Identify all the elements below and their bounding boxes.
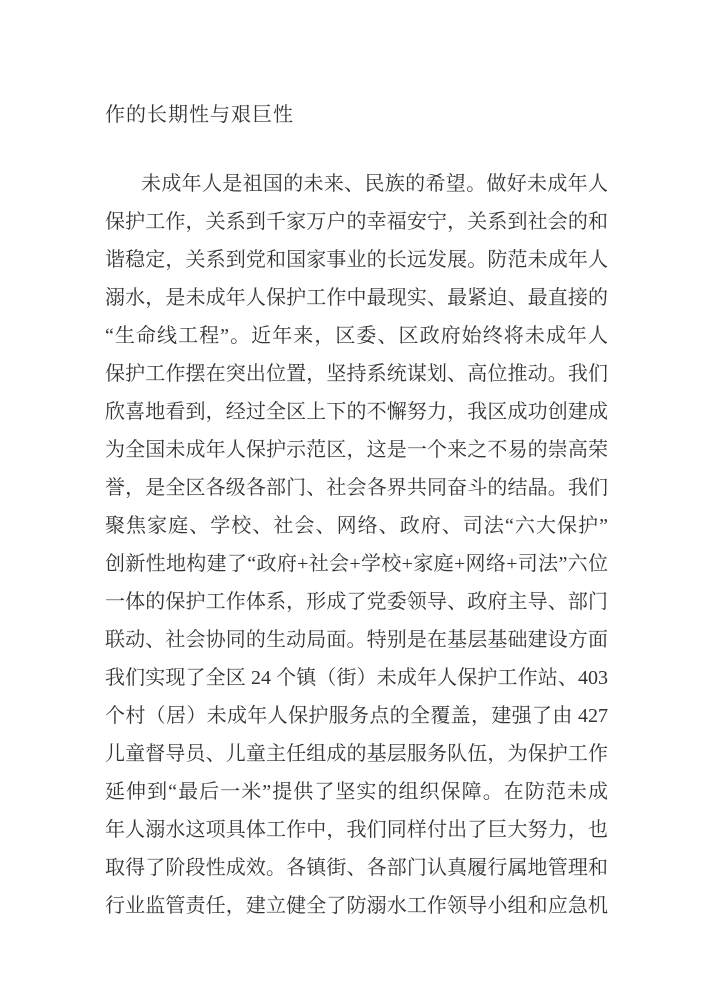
heading-continuation-line: 作的长期性与艰巨性 (105, 96, 608, 134)
body-paragraph: 未成年人是祖国的未来、民族的希望。做好未成年人 保护工作，关系到千家万户的幸福安… (105, 165, 608, 925)
paragraph-line: 创新性地构建了“政府+社会+学校+家庭+网络+司法”六位 (105, 545, 608, 583)
paragraph-line: 溺水，是未成年人保护工作中最现实、最紧迫、最直接的 (105, 279, 608, 317)
paragraph-line: 行业监管责任，建立健全了防溺水工作领导小组和应急机 (105, 887, 608, 925)
paragraph-line: 谐稳定，关系到党和国家事业的长远发展。防范未成年人 (105, 241, 608, 279)
paragraph-line: 一体的保护工作体系，形成了党委领导、政府主导、部门 (105, 583, 608, 621)
paragraph-line: 欣喜地看到，经过全区上下的不懈努力，我区成功创建成 (105, 393, 608, 431)
paragraph-line: 保护工作，关系到千家万户的幸福安宁，关系到社会的和 (105, 203, 608, 241)
paragraph-line: 联动、社会协同的生动局面。特别是在基层基础建设方面 (105, 621, 608, 659)
paragraph-line: 未成年人是祖国的未来、民族的希望。做好未成年人 (105, 165, 608, 203)
paragraph-line: 延伸到“最后一米”提供了坚实的组织保障。在防范未成 (105, 773, 608, 811)
paragraph-line: 我们实现了全区 24 个镇（街）未成年人保护工作站、403 (105, 659, 608, 697)
paragraph-line: 取得了阶段性成效。各镇街、各部门认真履行属地管理和 (105, 849, 608, 887)
paragraph-line: 聚焦家庭、学校、社会、网络、政府、司法“六大保护” (105, 507, 608, 545)
document-page: 作的长期性与艰巨性 未成年人是祖国的未来、民族的希望。做好未成年人 保护工作，关… (0, 0, 711, 1006)
paragraph-line: 为全国未成年人保护示范区，这是一个来之不易的崇高荣 (105, 431, 608, 469)
paragraph-line: 个村（居）未成年人保护服务点的全覆盖，建强了由 427 名 (105, 697, 608, 735)
paragraph-line: 儿童督导员、儿童主任组成的基层服务队伍，为保护工作 (105, 735, 608, 773)
paragraph-line: 保护工作摆在突出位置，坚持系统谋划、高位推动。我们 (105, 355, 608, 393)
paragraph-line: “生命线工程”。近年来，区委、区政府始终将未成年人 (105, 317, 608, 355)
paragraph-line: 年人溺水这项具体工作中，我们同样付出了巨大努力，也 (105, 811, 608, 849)
paragraph-line: 誉，是全区各级各部门、社会各界共同奋斗的结晶。我们 (105, 469, 608, 507)
